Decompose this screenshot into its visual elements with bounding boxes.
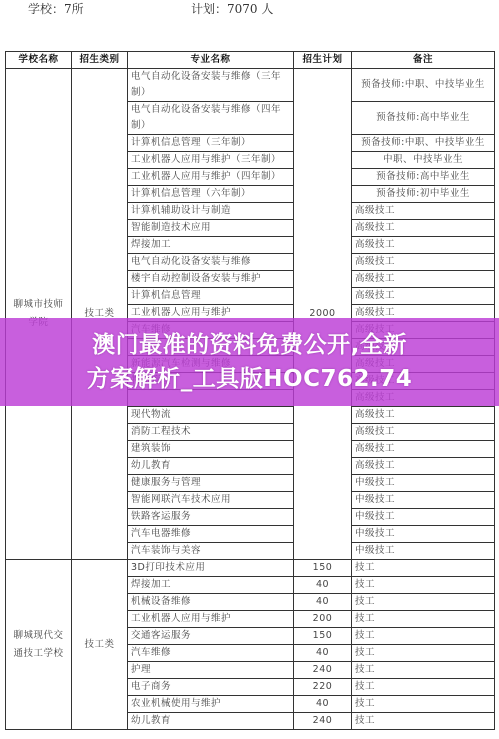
note: 预备技师:中职、中技毕业生 [352, 135, 495, 152]
header-category: 招生类别 [72, 52, 128, 69]
major: 智能制造技术应用 [128, 220, 294, 237]
plan-count: 220 [294, 679, 352, 696]
school-name: 聊城现代交通技工学校 [6, 560, 72, 730]
major: 工业机器人应用与维护（四年制） [128, 169, 294, 186]
major: 计算机信息管理 [128, 288, 294, 305]
note: 高级技工 [352, 407, 495, 424]
major: 电气自动化设备安装与维修（四年制） [128, 102, 294, 135]
note: 中职、中技毕业生 [352, 152, 495, 169]
plan-count: 200 [294, 611, 352, 628]
major: 交通客运服务 [128, 628, 294, 645]
major: 铁路客运服务 [128, 509, 294, 526]
note: 中级技工 [352, 492, 495, 509]
plan-count: 40 [294, 577, 352, 594]
note: 预备技师:高中毕业生 [352, 169, 495, 186]
major: 农业机械使用与维护 [128, 696, 294, 713]
plan-count: 150 [294, 560, 352, 577]
note: 技工 [352, 713, 495, 730]
major: 3D打印技术应用 [128, 560, 294, 577]
header-plan: 招生计划 [294, 52, 352, 69]
plan-count: 150 [294, 628, 352, 645]
major: 幼儿教育 [128, 458, 294, 475]
banner-line-1: 澳门最准的资料免费公开,全新 [92, 328, 407, 362]
note: 技工 [352, 662, 495, 679]
table-header-row: 学校名称 招生类别 专业名称 招生计划 备注 [6, 52, 495, 69]
major: 计算机信息管理（三年制） [128, 135, 294, 152]
major: 工业机器人应用与维护 [128, 611, 294, 628]
note: 中级技工 [352, 509, 495, 526]
note: 技工 [352, 696, 495, 713]
banner-line-2: 方案解析_工具版HOC762.74 [87, 362, 412, 396]
note: 中级技工 [352, 543, 495, 560]
category: 技工类 [72, 69, 128, 560]
overlay-banner: 澳门最准的资料免费公开,全新 方案解析_工具版HOC762.74 [0, 318, 499, 406]
major: 计算机信息管理（六年制） [128, 186, 294, 203]
major: 建筑装饰 [128, 441, 294, 458]
major: 楼宇自动控制设备安装与维护 [128, 271, 294, 288]
note: 高级技工 [352, 288, 495, 305]
note: 技工 [352, 577, 495, 594]
major: 电子商务 [128, 679, 294, 696]
plan-count: 240 [294, 713, 352, 730]
major: 汽车电器维修 [128, 526, 294, 543]
note: 中级技工 [352, 475, 495, 492]
major: 消防工程技术 [128, 424, 294, 441]
school-name: 聊城市技师学院 [6, 69, 72, 560]
school-count: 学校：7所 [28, 0, 84, 17]
note: 技工 [352, 611, 495, 628]
plan-count: 40 [294, 645, 352, 662]
note: 高级技工 [352, 237, 495, 254]
note: 技工 [352, 628, 495, 645]
major: 计算机辅助设计与制造 [128, 203, 294, 220]
major: 智能网联汽车技术应用 [128, 492, 294, 509]
header-school: 学校名称 [6, 52, 72, 69]
major: 现代物流 [128, 407, 294, 424]
major: 工业机器人应用与维护（三年制） [128, 152, 294, 169]
note: 技工 [352, 679, 495, 696]
note: 预备技师:初中毕业生 [352, 186, 495, 203]
note: 中级技工 [352, 526, 495, 543]
summary-bar: 学校：7所 计划：7070 人 [0, 0, 499, 20]
major: 汽车装饰与美容 [128, 543, 294, 560]
plan-count: 2000 [294, 69, 352, 560]
note: 技工 [352, 560, 495, 577]
note: 高级技工 [352, 424, 495, 441]
plan-count: 240 [294, 662, 352, 679]
note: 高级技工 [352, 203, 495, 220]
major: 焊接加工 [128, 237, 294, 254]
note: 预备技师:中职、中技毕业生 [352, 69, 495, 102]
header-major: 专业名称 [128, 52, 294, 69]
note: 高级技工 [352, 271, 495, 288]
table-row: 聊城市技师学院 技工类 电气自动化设备安装与维修（三年制） 2000 预备技师:… [6, 69, 495, 102]
major: 电气自动化设备安装与维修 [128, 254, 294, 271]
major: 焊接加工 [128, 577, 294, 594]
note: 技工 [352, 645, 495, 662]
plan-count: 40 [294, 696, 352, 713]
note: 高级技工 [352, 458, 495, 475]
plan-count: 40 [294, 594, 352, 611]
category: 技工类 [72, 560, 128, 730]
major: 护理 [128, 662, 294, 679]
note: 高级技工 [352, 441, 495, 458]
major: 幼儿教育 [128, 713, 294, 730]
major: 汽车维修 [128, 645, 294, 662]
note: 高级技工 [352, 220, 495, 237]
table-row: 聊城现代交通技工学校 技工类 3D打印技术应用 150 技工 [6, 560, 495, 577]
note: 高级技工 [352, 254, 495, 271]
header-note: 备注 [352, 52, 495, 69]
major: 电气自动化设备安装与维修（三年制） [128, 69, 294, 102]
note: 技工 [352, 594, 495, 611]
note: 预备技师:高中毕业生 [352, 102, 495, 135]
major: 机械设备维修 [128, 594, 294, 611]
plan-total: 计划：7070 人 [191, 0, 273, 17]
major: 健康服务与管理 [128, 475, 294, 492]
